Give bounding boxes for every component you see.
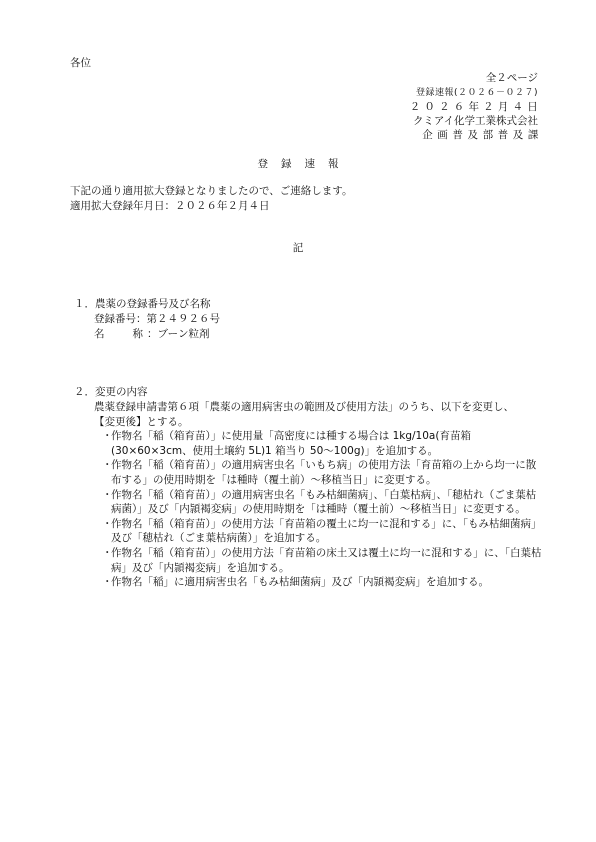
product-name-label: 名称 bbox=[94, 327, 147, 341]
bullet-icon: ・ bbox=[102, 575, 113, 590]
page-count: 全２ページ bbox=[486, 71, 538, 85]
section2-intro-cont: 【変更後】とする。 bbox=[94, 415, 544, 430]
section2-body: 農薬登録申請書第６項「農薬の適用病害虫の範囲及び使用方法」のうち、以下を変更し、… bbox=[94, 400, 544, 590]
change-text: 作物名「稲」に適用病害虫名「もみ枯細菌病」及び「内頴褐変病」を追加する。 bbox=[111, 576, 489, 588]
change-item: ・作物名「稲（箱育苗）」の使用方法「育苗箱の床土又は覆土に均一に混和する」に、「… bbox=[94, 546, 544, 575]
change-text: 作物名「稲（箱育苗）」の適用病害虫名「もみ枯細菌病」、「白葉枯病」、「穂枯れ（ご… bbox=[111, 489, 536, 516]
section1-title: １．農薬の登録番号及び名称 bbox=[74, 297, 211, 311]
change-item: ・作物名「稲」に適用病害虫名「もみ枯細菌病」及び「内頴褐変病」を追加する。 bbox=[94, 575, 544, 590]
registration-number: 登録番号：第２４９２６号 bbox=[94, 312, 220, 326]
registration-number-value: ：第２４９２６号 bbox=[136, 313, 220, 325]
bullet-icon: ・ bbox=[102, 458, 113, 473]
label-part-b: 称 bbox=[133, 328, 144, 340]
department-name: 企画普及部普及課 bbox=[422, 128, 543, 142]
change-list: ・作物名「稲（箱育苗）」に使用量「高密度には種する場合は 1kg/10a(育苗箱… bbox=[94, 429, 544, 590]
document-title: 登録速報 bbox=[0, 157, 596, 171]
bullet-icon: ・ bbox=[102, 546, 113, 561]
ki-heading: 記 bbox=[0, 241, 596, 255]
label-part-a: 名 bbox=[94, 328, 105, 340]
reference-number: 登録速報(２０２６－０２７) bbox=[416, 86, 538, 100]
company-name: クミアイ化学工業株式会社 bbox=[413, 114, 538, 128]
change-item: ・作物名「稲（箱育苗）」の使用方法「育苗箱の覆土に均一に混和する」に、「もみ枯細… bbox=[94, 517, 544, 546]
bullet-icon: ・ bbox=[102, 429, 113, 444]
registration-number-label: 登録番号 bbox=[94, 313, 136, 325]
change-text: 作物名「稲（箱育苗）」に使用量「高密度には種する場合は 1kg/10a(育苗箱(… bbox=[111, 430, 471, 457]
product-name-value: ：ブーン粒剤 bbox=[147, 328, 209, 340]
change-item: ・作物名「稲（箱育苗）」の適用病害虫名「もみ枯細菌病」、「白葉枯病」、「穂枯れ（… bbox=[94, 488, 544, 517]
section2-intro: 農薬登録申請書第６項「農薬の適用病害虫の範囲及び使用方法」のうち、以下を変更し、 bbox=[94, 400, 544, 415]
bullet-icon: ・ bbox=[102, 488, 113, 503]
addressee: 各位 bbox=[70, 56, 91, 70]
change-item: ・作物名「稲（箱育苗）」に使用量「高密度には種する場合は 1kg/10a(育苗箱… bbox=[94, 429, 544, 458]
issue-date: ２０２６年２月４日 bbox=[410, 100, 542, 114]
intro-text: 下記の通り適用拡大登録となりましたので、ご連絡します。 bbox=[70, 184, 352, 198]
change-text: 作物名「稲（箱育苗）」の適用病害虫名「いもち病」の使用方法「育苗箱の上から均一に… bbox=[111, 459, 536, 486]
registration-date: 適用拡大登録年月日：２０２６年２月４日 bbox=[70, 199, 270, 213]
change-text: 作物名「稲（箱育苗）」の使用方法「育苗箱の覆土に均一に混和する」に、「もみ枯細菌… bbox=[111, 518, 542, 545]
change-text: 作物名「稲（箱育苗）」の使用方法「育苗箱の床土又は覆土に均一に混和する」に、「白… bbox=[111, 547, 542, 574]
section2-title: ２．変更の内容 bbox=[74, 385, 148, 399]
change-item: ・作物名「稲（箱育苗）」の適用病害虫名「いもち病」の使用方法「育苗箱の上から均一… bbox=[94, 458, 544, 487]
product-name: 名称：ブーン粒剤 bbox=[94, 327, 209, 341]
bullet-icon: ・ bbox=[102, 517, 113, 532]
